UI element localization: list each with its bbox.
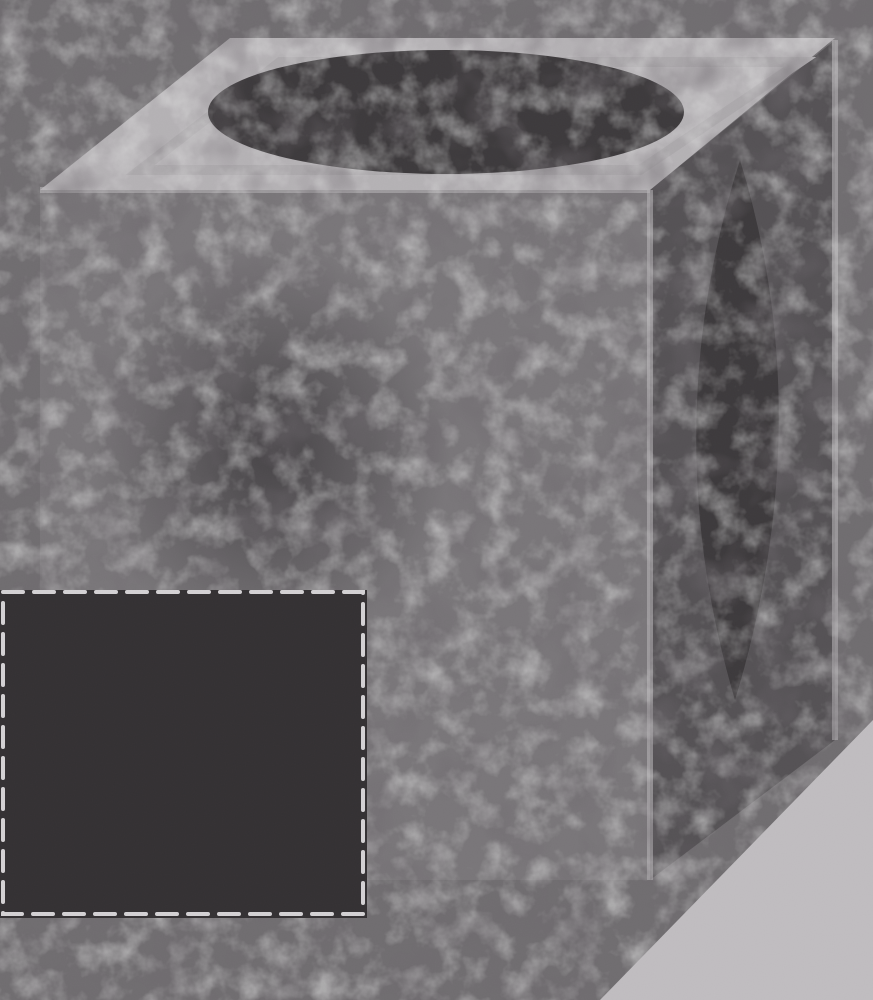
grain-overlay [0, 0, 873, 1000]
painted-cube-image [0, 0, 873, 1000]
artwork-canvas [0, 0, 873, 1000]
